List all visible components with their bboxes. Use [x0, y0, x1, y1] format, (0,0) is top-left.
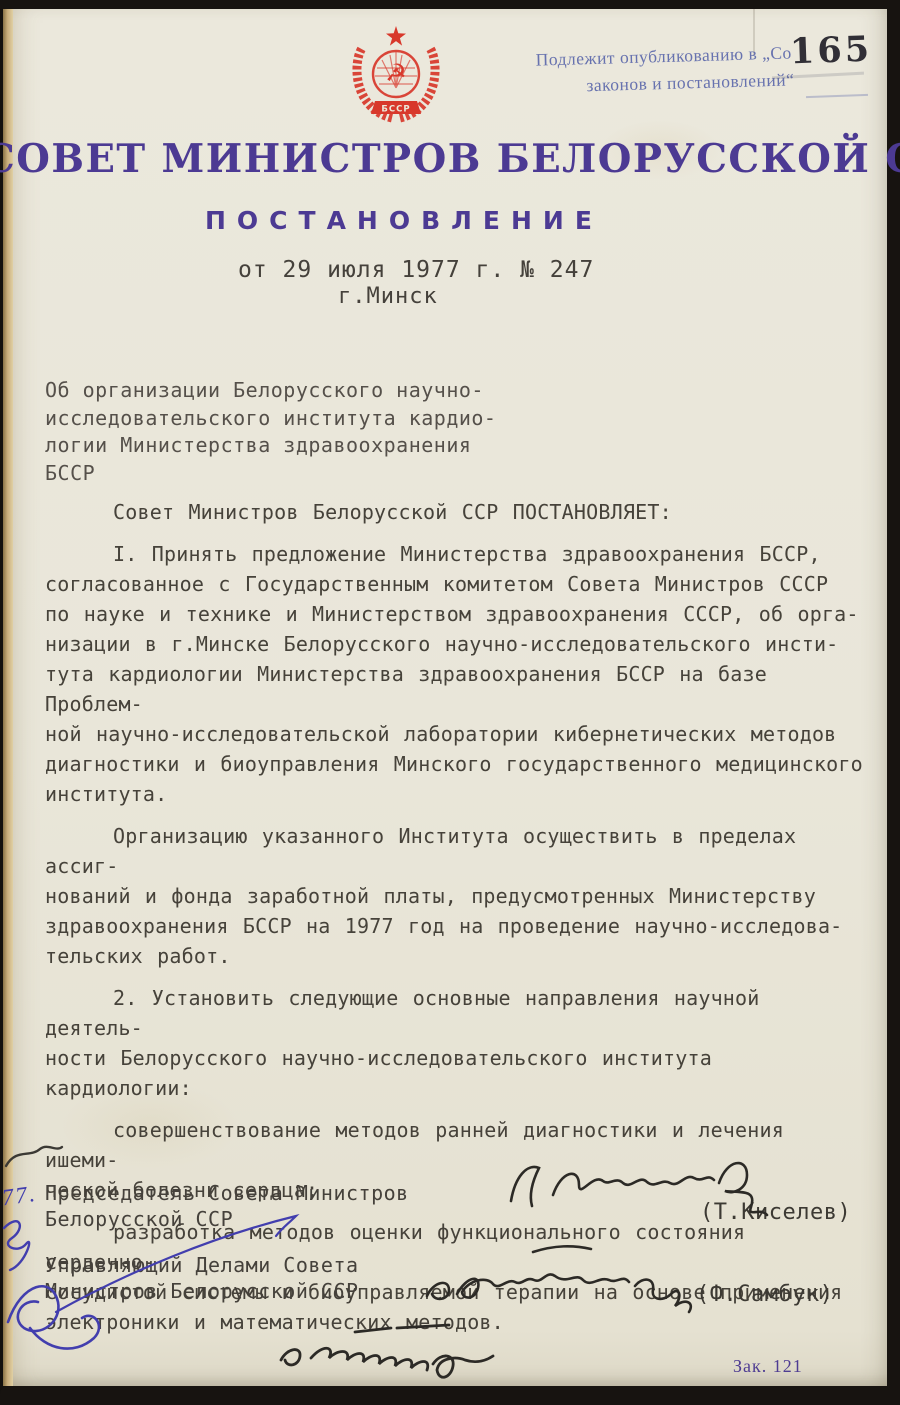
bssr-emblem-icon: ☭ БССР — [346, 24, 446, 126]
scan-border-top — [0, 0, 900, 9]
scan-border-bottom — [0, 1386, 900, 1405]
margin-handwritten-date: 77. — [0, 1181, 38, 1212]
signature-sambuk-ink — [415, 1236, 725, 1324]
emblem-ribbon-label: БССР — [381, 105, 410, 115]
org-title: СОВЕТ МИНИСТРОВ БЕЛОРУССКОЙ ССР — [0, 136, 900, 182]
print-order-number: Зак. 121 — [733, 1356, 803, 1377]
doc-type-title: ПОСТАНОВЛЕНИЕ — [205, 206, 603, 235]
date-number-line: от 29 июля 1977 г. № 247 — [238, 257, 594, 283]
scanned-document: ☭ БССР Подлежит опубликованию в „Со зако… — [0, 0, 900, 1405]
signature-kiselev-ink — [495, 1143, 785, 1235]
body-paragraph: Организацию указанного Института осущест… — [45, 821, 863, 971]
body-paragraph: I. Принять предложение Министерства здра… — [45, 539, 863, 809]
subject-block: Об организации Белорусского научно- иссл… — [45, 377, 496, 487]
scan-border-right — [887, 0, 900, 1405]
city-line: г.Минск — [338, 284, 438, 309]
body-paragraph: 2. Установить следующие основные направл… — [45, 983, 863, 1103]
svg-text:☭: ☭ — [385, 59, 407, 87]
body-paragraph: Совет Министров Белорусской ССР ПОСТАНОВ… — [45, 497, 863, 527]
page-number: 165 — [789, 29, 872, 73]
margin-pen-marks — [0, 1140, 310, 1372]
